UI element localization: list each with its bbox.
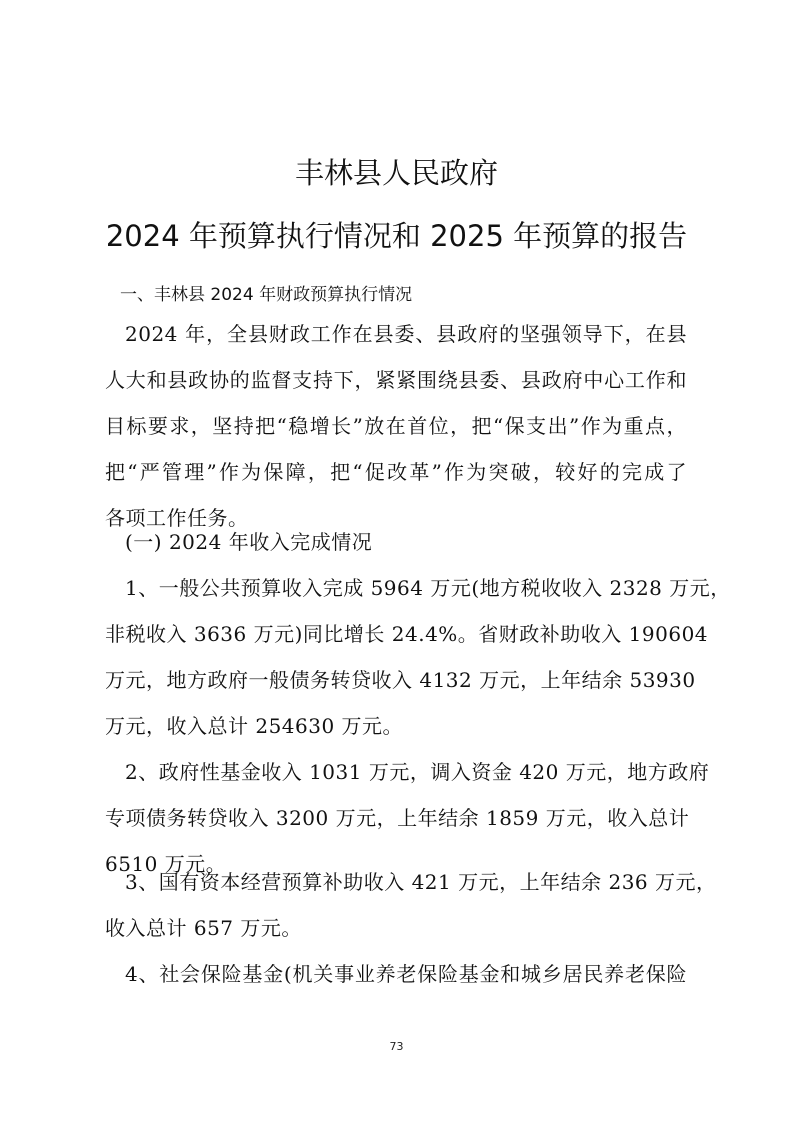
subsection-heading: (一) 2024 年收入完成情况 <box>125 528 687 556</box>
item-2-line: 2、政府性基金收入 1031 万元，调入资金 420 万元，地方政府 <box>125 758 687 786</box>
item-2-line: 专项债务转贷收入 3200 万元，上年结余 1859 万元，收入总计 <box>105 804 687 832</box>
document-page: 丰林县人民政府 2024 年预算执行情况和 2025 年预算的报告 一、丰林县 … <box>0 0 793 1122</box>
intro-paragraph-line: 2024 年，全县财政工作在县委、县政府的坚强领导下，在县 <box>125 320 687 348</box>
item-1-line: 万元，地方政府一般债务转贷收入 4132 万元，上年结余 53930 <box>105 666 687 694</box>
document-title-line-2: 2024 年预算执行情况和 2025 年预算的报告 <box>0 218 793 254</box>
document-title-line-1: 丰林县人民政府 <box>0 155 793 191</box>
item-1-line: 非税收入 3636 万元)同比增长 24.4%。省财政补助收入 190604 <box>105 620 687 648</box>
page-number: 73 <box>0 1040 793 1053</box>
item-3-line: 3、国有资本经营预算补助收入 421 万元，上年结余 236 万元， <box>125 868 687 896</box>
item-4-line: 4、社会保险基金(机关事业养老保险基金和城乡居民养老保险 <box>125 960 687 988</box>
section-heading: 一、丰林县 2024 年财政预算执行情况 <box>120 283 412 307</box>
intro-paragraph-line: 把“严管理”作为保障，把“促改革”作为突破，较好的完成了 <box>105 458 687 486</box>
item-1-line: 万元，收入总计 254630 万元。 <box>105 712 687 740</box>
intro-paragraph-line: 人大和县政协的监督支持下，紧紧围绕县委、县政府中心工作和 <box>105 366 687 394</box>
item-3-line: 收入总计 657 万元。 <box>105 914 687 942</box>
intro-paragraph-line: 目标要求，坚持把“稳增长”放在首位，把“保支出”作为重点， <box>105 412 687 440</box>
item-1-line: 1、一般公共预算收入完成 5964 万元(地方税收收入 2328 万元， <box>125 574 687 602</box>
